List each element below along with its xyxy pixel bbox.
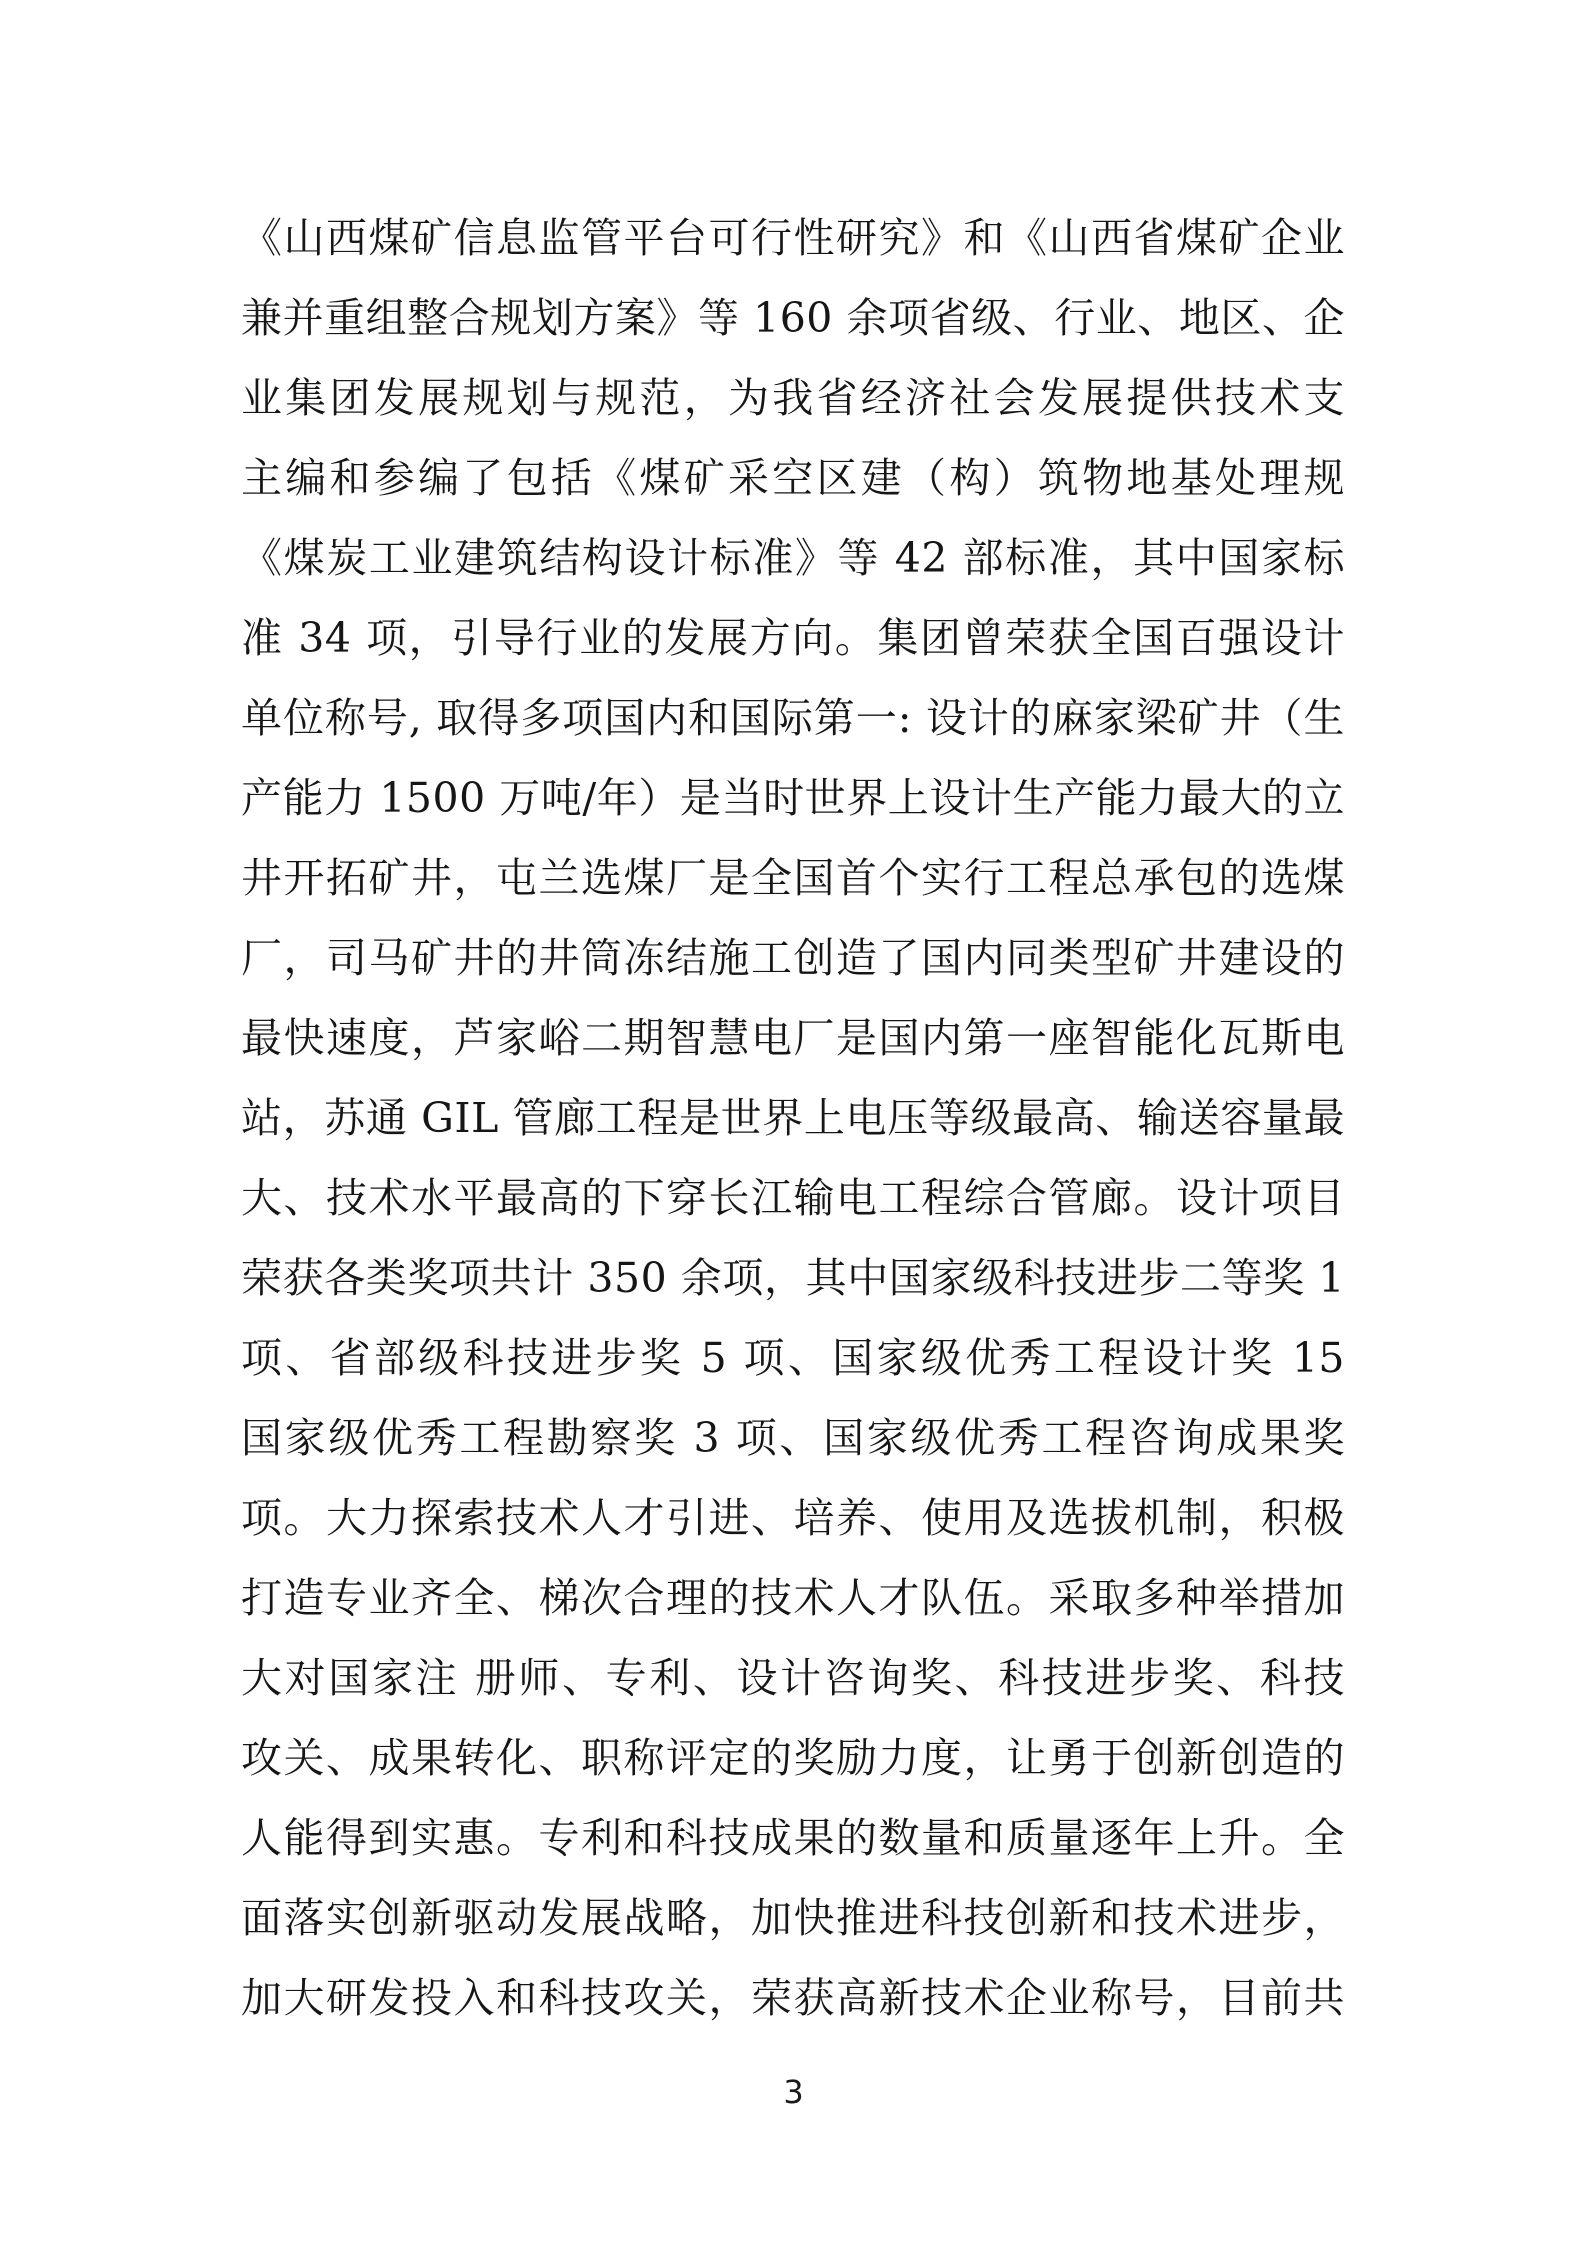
paragraph-line: 厂，司马矿井的井筒冻结施工创造了国内同类型矿井建设的 <box>241 918 1345 998</box>
page-number: 3 <box>783 2072 803 2112</box>
paragraph-line: 兼并重组整合规划方案》等 160 余项省级、行业、地区、企 <box>241 278 1345 358</box>
paragraph-line: 项。大力探索技术人才引进、培养、使用及选拔机制，积极 <box>241 1478 1345 1558</box>
paragraph-line: 国家级优秀工程勘察奖 3 项、国家级优秀工程咨询成果奖 13 <box>241 1398 1345 1478</box>
paragraph-line: 产能力 1500 万吨/年）是当时世界上设计生产能力最大的立 <box>241 758 1345 838</box>
paragraph-line: 大、技术水平最高的下穿长江输电工程综合管廊。设计项目 <box>241 1158 1345 1238</box>
paragraph-line: 单位称号, 取得多项国内和国际第一: 设计的麻家梁矿井（生 <box>241 678 1345 758</box>
paragraph-line: 项、省部级科技进步奖 5 项、国家级优秀工程设计奖 15 项、 <box>241 1318 1345 1398</box>
paragraph-line: 站，苏通 GIL 管廊工程是世界上电压等级最高、输送容量最 <box>241 1078 1345 1158</box>
paragraph-line: 《山西煤矿信息监管平台可行性研究》和《山西省煤矿企业 <box>241 198 1345 278</box>
paragraph-line: 荣获各类奖项共计 350 余项，其中国家级科技进步二等奖 1 <box>241 1238 1345 1318</box>
paragraph-line: 面落实创新驱动发展战略，加快推进科技创新和技术进步， <box>241 1878 1345 1958</box>
paragraph-line: 《煤炭工业建筑结构设计标准》等 42 部标准，其中国家标 <box>241 518 1345 598</box>
page-footer: 3 <box>0 2072 1587 2112</box>
paragraph-line: 大对国家注 册师、专利、设计咨询奖、科技进步奖、科技 <box>241 1638 1345 1718</box>
paragraph-line: 准 34 项，引导行业的发展方向。集团曾荣获全国百强设计 <box>241 598 1345 678</box>
paragraph-line: 攻关、成果转化、职称评定的奖励力度，让勇于创新创造的 <box>241 1718 1345 1798</box>
paragraph-line: 加大研发投入和科技攻关，荣获高新技术企业称号，目前共 <box>241 1958 1345 2038</box>
paragraph-line: 人能得到实惠。专利和科技成果的数量和质量逐年上升。全 <box>241 1798 1345 1878</box>
body-paragraph: 《山西煤矿信息监管平台可行性研究》和《山西省煤矿企业 兼并重组整合规划方案》等 … <box>241 198 1345 2038</box>
paragraph-line: 业集团发展规划与规范，为我省经济社会发展提供技术支撑。 <box>241 358 1345 438</box>
paragraph-line: 打造专业齐全、梯次合理的技术人才队伍。采取多种举措加 <box>241 1558 1345 1638</box>
paragraph-line: 最快速度，芦家峪二期智慧电厂是国内第一座智能化瓦斯电 <box>241 998 1345 1078</box>
document-page: 《山西煤矿信息监管平台可行性研究》和《山西省煤矿企业 兼并重组整合规划方案》等 … <box>0 0 1587 2245</box>
paragraph-line: 主编和参编了包括《煤矿采空区建（构）筑物地基处理规范》、 <box>241 438 1345 518</box>
paragraph-line: 井开拓矿井，屯兰选煤厂是全国首个实行工程总承包的选煤 <box>241 838 1345 918</box>
